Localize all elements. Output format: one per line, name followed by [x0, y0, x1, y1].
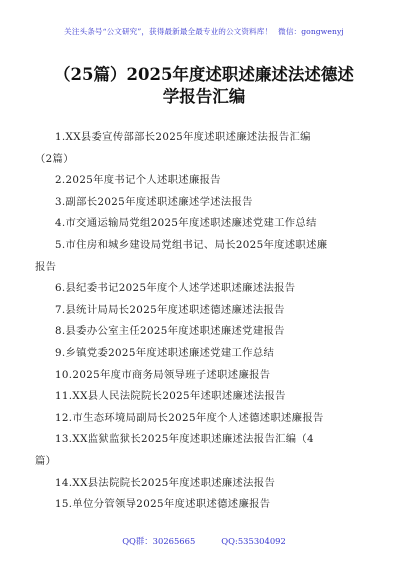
toc-item-wrap: （2篇）	[35, 149, 335, 171]
toc-item: 7.县统计局局长2025年度述职述德述廉述法报告	[35, 300, 335, 322]
contact-footer: QQ群：30265665QQ:535304092	[0, 535, 408, 547]
toc-item-text: 2.2025年度书记个人述职述廉报告	[55, 174, 221, 186]
toc-item: 1.XX县委宣传部部长2025年度述职述廉述法报告汇编（2篇）	[35, 127, 335, 170]
qq-number: QQ:535304092	[221, 536, 286, 546]
toc-item-text: 13.XX监狱监狱长2025年度述职述廉述法报告汇编（4	[55, 433, 314, 445]
toc-item: 4.市交通运输局党组2025年度述职述廉述党建工作总结	[35, 213, 335, 235]
toc-item-text: 14.XX县法院院长2025年度述职述廉述法报告	[55, 477, 275, 489]
toc-item-wrap: 篇）	[35, 451, 335, 473]
toc-item: 12.市生态环境局副局长2025年度个人述德述职述廉报告	[35, 408, 335, 430]
toc-item: 8.县委办公室主任2025年度述职述廉述党建报告	[35, 321, 335, 343]
toc-item-text: 8.县委办公室主任2025年度述职述廉述党建报告	[55, 325, 285, 337]
toc-item: 9.乡镇党委2025年度述职述廉述党建工作总结	[35, 343, 335, 365]
title-line-2: 学报告汇编	[0, 86, 408, 108]
toc-item: 15.单位分管领导2025年度述职述德述廉报告	[35, 494, 335, 516]
toc-item: 14.XX县法院院长2025年度述职述廉述法报告	[35, 473, 335, 495]
toc-item-text: 12.市生态环境局副局长2025年度个人述德述职述廉报告	[55, 412, 324, 424]
wechat-id: 微信：gongwenyj	[278, 27, 344, 36]
toc-item: 2.2025年度书记个人述职述廉报告	[35, 170, 335, 192]
toc-item: 13.XX监狱监狱长2025年度述职述廉述法报告汇编（4篇）	[35, 429, 335, 472]
title-line-1: （25篇）2025年度述职述廉述法述德述	[0, 64, 408, 86]
toc-item-text: 15.单位分管领导2025年度述职述德述廉报告	[55, 498, 270, 510]
toc-item: 3.副部长2025年度述职述廉述学述法报告	[35, 192, 335, 214]
toc-item-text: 11.XX县人民法院院长2025年述职述廉述法报告	[55, 390, 286, 402]
toc-item-text: 1.XX县委宣传部部长2025年度述职述廉述法报告汇编	[55, 131, 311, 143]
toc-item-text: 3.副部长2025年度述职述廉述学述法报告	[55, 196, 253, 208]
toc-item: 6.县纪委书记2025年度个人述学述职述廉述法报告	[35, 278, 335, 300]
toc-item-text: 7.县统计局局长2025年度述职述德述廉述法报告	[55, 304, 285, 316]
promo-text: 关注头条号“公文研究”，获得最新最全最专业的公文资料库！	[64, 27, 272, 36]
toc-item: 10.2025年度市商务局领导班子述职述廉报告	[35, 365, 335, 387]
toc-item-text: 9.乡镇党委2025年度述职述廉述党建工作总结	[55, 347, 274, 359]
table-of-contents: 1.XX县委宣传部部长2025年度述职述廉述法报告汇编（2篇） 2.2025年度…	[35, 127, 335, 516]
document-title: （25篇）2025年度述职述廉述法述德述 学报告汇编	[0, 64, 408, 108]
toc-item-wrap: 报告	[35, 257, 335, 279]
toc-item-text: 10.2025年度市商务局领导班子述职述廉报告	[55, 369, 270, 381]
toc-item: 11.XX县人民法院院长2025年述职述廉述法报告	[35, 386, 335, 408]
toc-item: 5.市住房和城乡建设局党组书记、局长2025年度述职述廉报告	[35, 235, 335, 278]
promo-header: 关注头条号“公文研究”，获得最新最全最专业的公文资料库！微信：gongwenyj	[0, 27, 408, 37]
qq-group-number: QQ群：30265665	[122, 536, 195, 546]
toc-item-text: 5.市住房和城乡建设局党组书记、局长2025年度述职述廉	[55, 239, 327, 251]
document-page: 关注头条号“公文研究”，获得最新最全最专业的公文资料库！微信：gongwenyj…	[0, 0, 408, 580]
toc-item-text: 6.县纪委书记2025年度个人述学述职述廉述法报告	[55, 282, 295, 294]
toc-item-text: 4.市交通运输局党组2025年度述职述廉述党建工作总结	[55, 217, 317, 229]
